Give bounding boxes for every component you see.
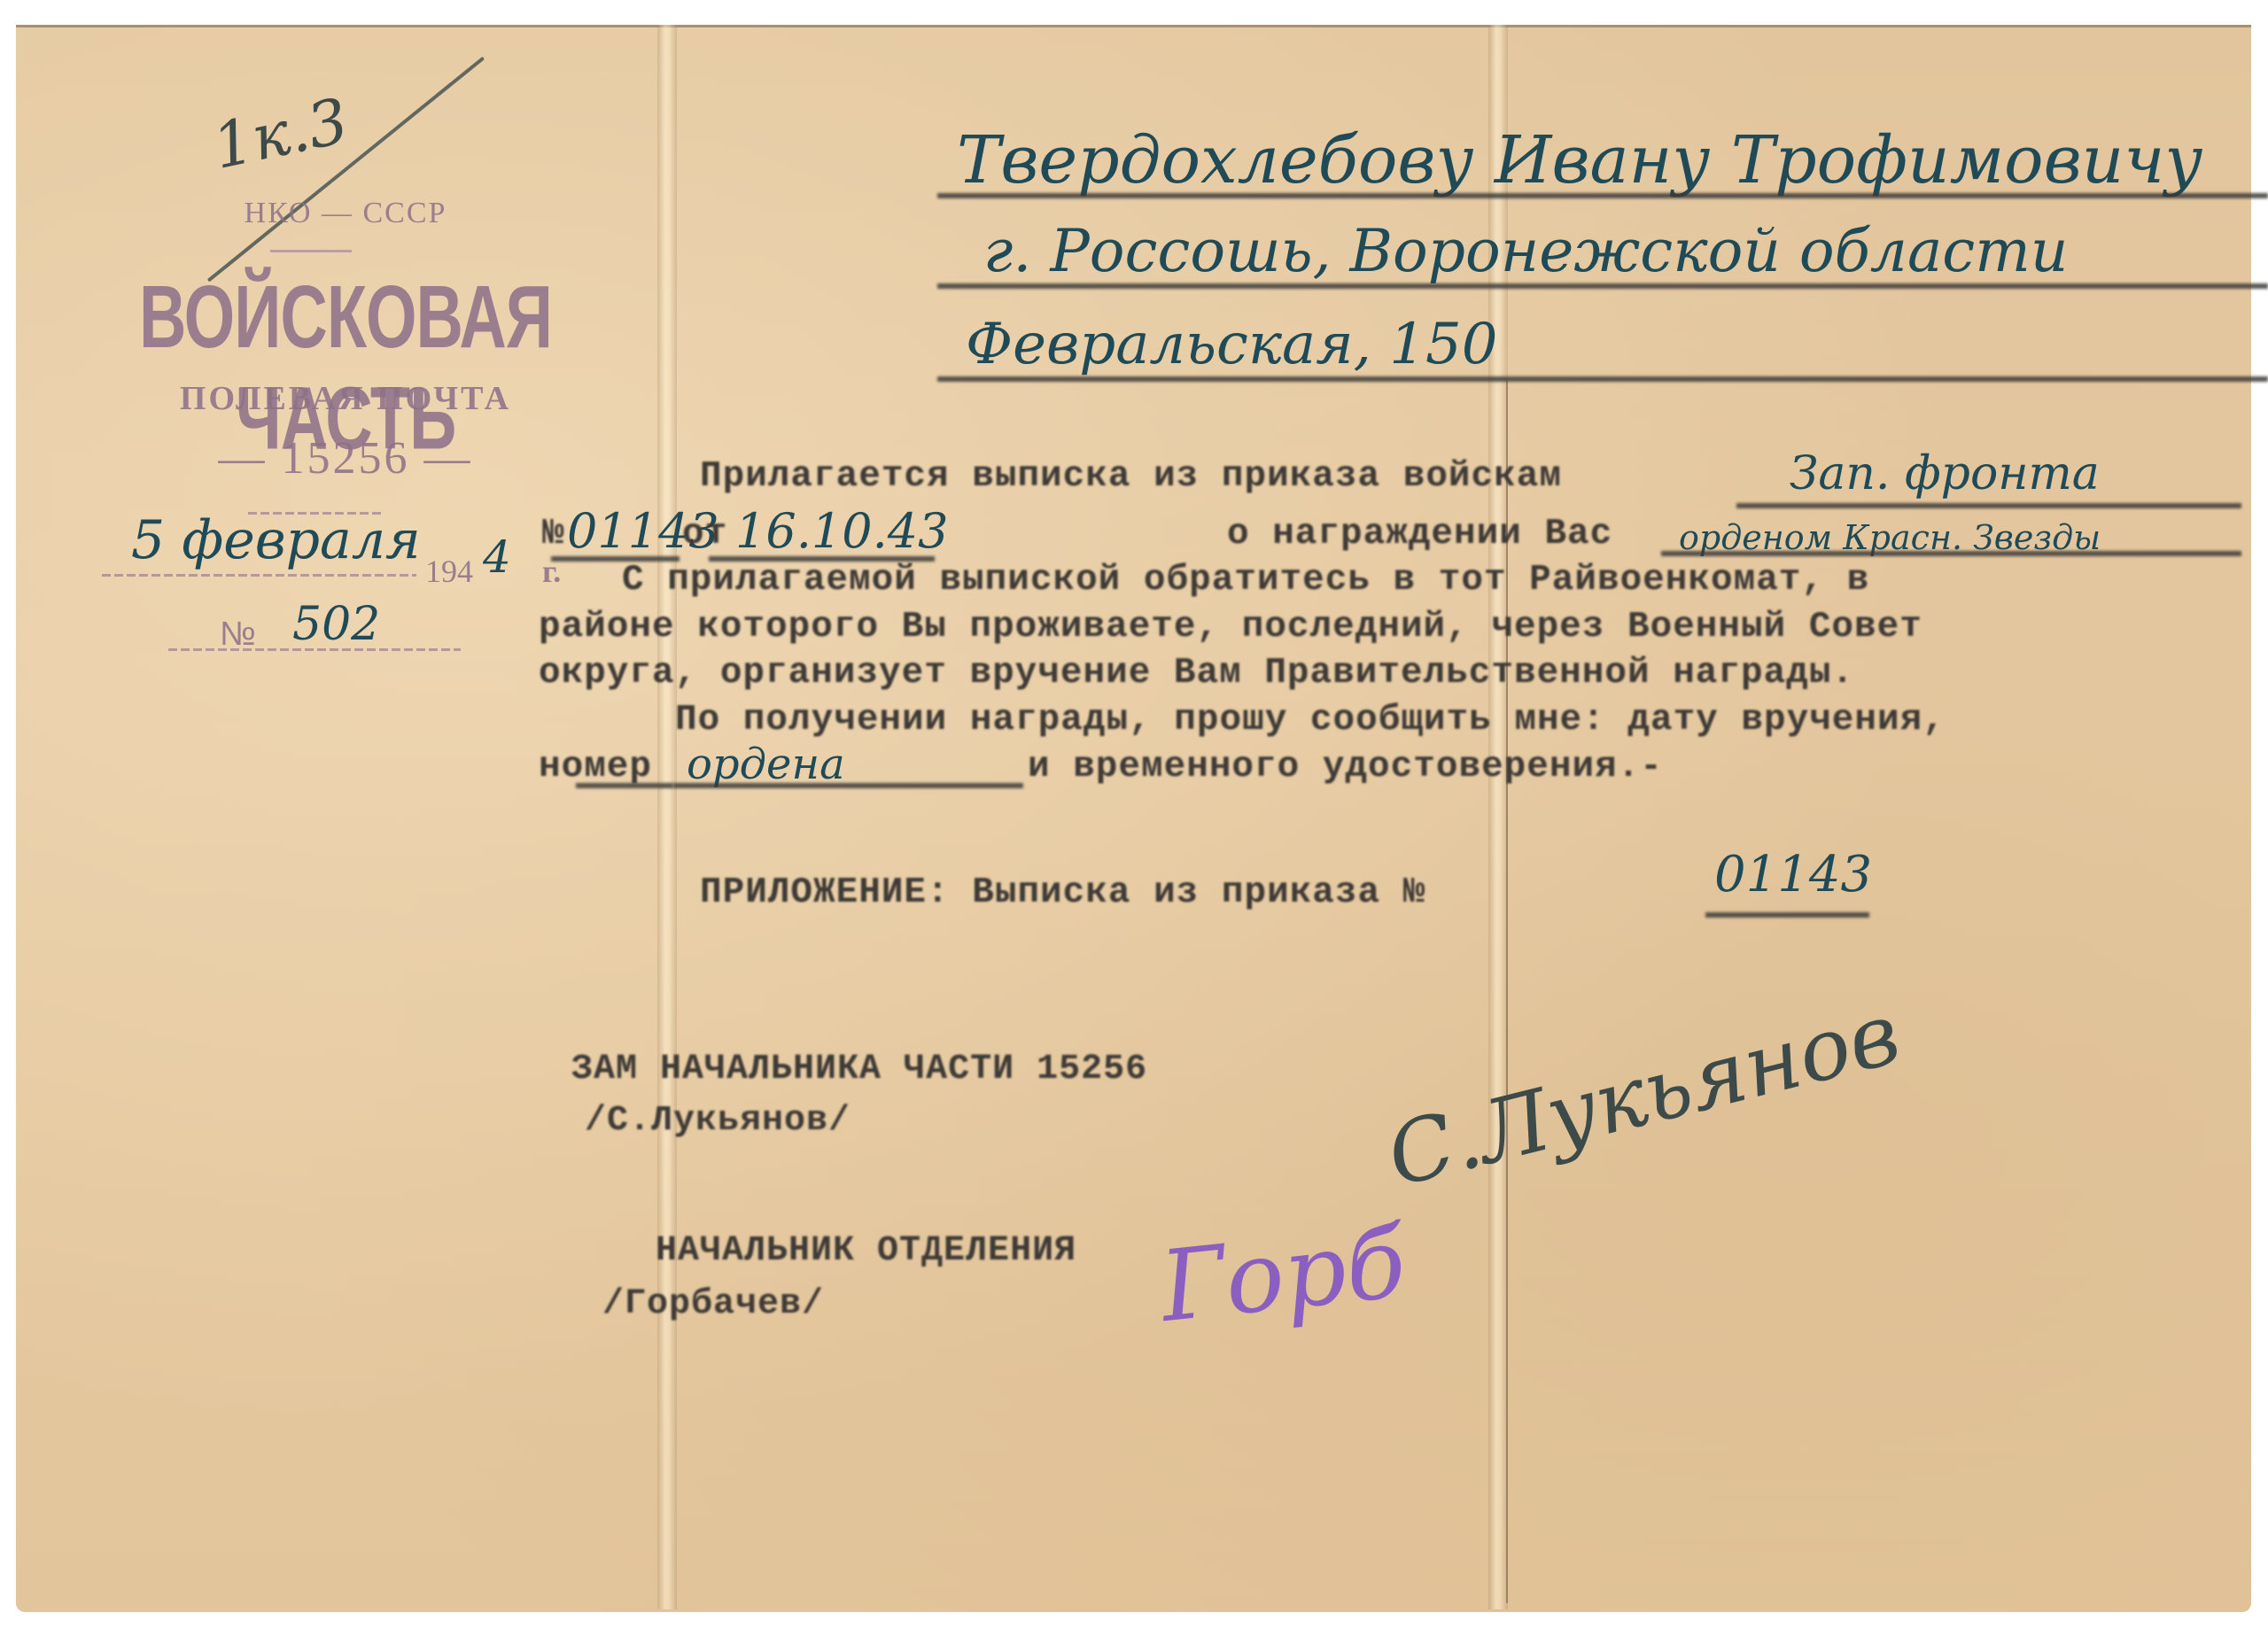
item-type-handwritten: ордена xyxy=(687,740,845,789)
body-line-4: районе которого Вы проживаете, последний… xyxy=(539,607,1922,647)
attachment-rule xyxy=(1705,912,1869,918)
document-number-handwritten: 502 xyxy=(292,598,380,651)
order-number-prefix: № xyxy=(542,514,565,554)
recipient-street-rule xyxy=(937,376,2268,382)
item-type-rule xyxy=(576,783,673,788)
body-line-7-prefix: номер xyxy=(539,747,652,787)
order-date-handwritten: 16.10.43 xyxy=(735,503,948,559)
date-line xyxy=(102,574,416,577)
recipient-name: Твердохлебову Ивану Трофимовичу xyxy=(957,122,2202,198)
stamp-field-post-label: ПОЛЕВАЯ ПОЧТА xyxy=(151,379,540,418)
recipient-street: Февральская, 150 xyxy=(966,312,1497,377)
recipient-city-rule xyxy=(937,283,2268,289)
recipient-name-rule xyxy=(937,193,2268,198)
front-rule xyxy=(1736,503,2241,508)
body-line-3: С прилагаемой выпиской обратитесь в тот … xyxy=(622,560,1869,601)
body-line-1: Прилагается выписка из приказа войскам xyxy=(700,456,1562,497)
stamp-field-post-number: — 15256 — xyxy=(124,432,567,484)
signatory-2-name: /Горбачев/ xyxy=(602,1284,824,1324)
body-line-5: округа, организует вручение Вам Правител… xyxy=(539,653,1854,694)
signatory-1-title: ЗАМ НАЧАЛЬНИКА ЧАСТИ 15256 xyxy=(571,1050,1147,1089)
stamp-org: НКО — СССР xyxy=(221,197,470,230)
body-line-7-suffix: и временного удостоверения.- xyxy=(1028,747,1663,787)
stamp-rule xyxy=(270,250,352,252)
fold-crease-left xyxy=(657,25,677,1609)
stamp-year-prefix: 194 xyxy=(425,553,473,590)
signatory-2-title: НАЧАЛЬНИК ОТДЕЛЕНИЯ xyxy=(656,1231,1076,1271)
body-line-2: о награждении Вас xyxy=(1227,514,1612,554)
issue-date-handwritten: 5 февраля xyxy=(131,509,421,571)
recipient-city: г. Россошь, Воронежской области xyxy=(983,217,2068,285)
signatory-1-name: /С.Лукьянов/ xyxy=(585,1101,850,1141)
number-line xyxy=(168,648,461,651)
year-suffix-handwritten: 4 xyxy=(483,531,511,583)
award-name-rule xyxy=(1661,551,2241,556)
front-name-handwritten: Зап. фронта xyxy=(1790,447,2100,500)
attachment-line: ПРИЛОЖЕНИЕ: Выписка из приказа № xyxy=(700,872,1425,913)
order-date-ot: от xyxy=(682,514,727,554)
body-line-6: По получении награды, прошу сообщить мне… xyxy=(675,700,1946,740)
attachment-order-number: 01143 xyxy=(1714,846,1872,903)
item-type-rule-2 xyxy=(673,783,1023,788)
